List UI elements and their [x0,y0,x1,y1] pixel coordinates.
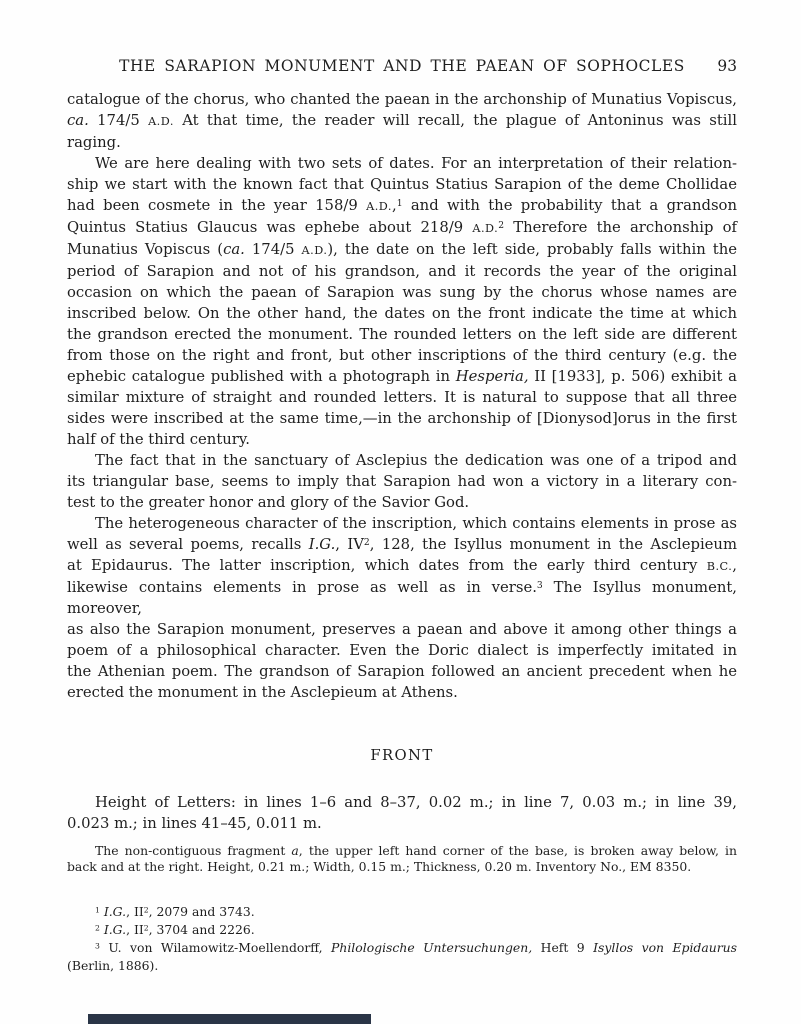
scanned-page: THE SARAPION MONUMENT AND THE PAEAN OF S… [0,0,801,1024]
paragraph-1: catalogue of the chorus, who chanted the… [67,89,737,153]
text-line: from those on the right and front, but o… [67,345,737,366]
text-line: 3 U. von Wilamowitz-Moellendorff, Philol… [67,939,737,957]
text-segment: at Epidaurus. The latter inscription, wh… [67,557,707,574]
text-segment: likewise contains elements in prose as w… [67,579,537,596]
text-segment: A.D. [472,222,498,235]
text-segment: raging. [67,134,121,151]
text-line: (Berlin, 1886). [67,957,737,975]
text-line: 2 I.G., II2, 3704 and 2226. [67,921,737,939]
text-segment: A.D. [366,200,392,213]
front-section-heading: FRONT [67,747,737,764]
text-segment: well as several poems, recalls [67,536,309,553]
text-segment: Philologische Untersuchungen, [331,940,532,955]
text-segment: Hesperia, [456,368,529,385]
text-line: The fact that in the sanctuary of Asclep… [67,450,737,471]
text-segment: The fact that in the sanctuary of Asclep… [95,452,737,469]
text-segment: test to the greater honor and glory of t… [67,494,469,511]
text-segment: erected the monument in the Asclepieum a… [67,684,458,701]
text-line: We are here dealing with two sets of dat… [67,153,737,174]
text-segment: The non-contiguous fragment [95,843,291,858]
page-content: THE SARAPION MONUMENT AND THE PAEAN OF S… [67,57,737,975]
text-segment: B.C. [707,560,733,573]
text-segment: ca. [223,241,245,258]
text-line: similar mixture of straight and rounded … [67,387,737,408]
text-segment: sides were inscribed at the same time,—i… [67,410,737,427]
text-segment: , 2079 and 3743. [149,904,255,919]
text-line: The heterogeneous character of the inscr… [67,513,737,534]
text-line: occasion on which the paean of Sarapion … [67,282,737,303]
text-segment: Heft 9 [532,940,593,955]
text-segment: Height of Letters: in lines 1–6 and 8–37… [95,794,737,811]
text-segment: A.D. [148,115,174,128]
text-line: Quintus Statius Glaucus was ephebe about… [67,217,737,239]
page-header: THE SARAPION MONUMENT AND THE PAEAN OF S… [67,57,737,78]
text-segment: ephebic catalogue published with a photo… [67,368,456,385]
text-segment: 174/5 [245,241,302,258]
text-segment: ship we start with the known fact that Q… [67,176,737,193]
article-body: catalogue of the chorus, who chanted the… [67,89,737,875]
text-segment: (Berlin, 1886). [67,958,158,973]
text-line: period of Sarapion and not of his grands… [67,261,737,282]
text-segment: the grandson erected the monument. The r… [67,326,737,343]
text-line: ca. 174/5 A.D. At that time, the reader … [67,110,737,132]
text-segment: I.G. [309,536,336,553]
text-segment: 174/5 [89,112,148,129]
text-line: inscribed below. On the other hand, the … [67,303,737,324]
text-segment: I.G. [104,904,126,919]
text-segment: period of Sarapion and not of his grands… [67,263,737,280]
text-segment: catalogue of the chorus, who chanted the… [67,91,737,108]
article-title: THE SARAPION MONUMENT AND THE PAEAN OF S… [67,57,737,75]
bottom-dark-bar [88,1014,371,1024]
text-segment: I.G. [104,922,126,937]
text-segment: At that time, the reader will recall, th… [174,112,737,129]
text-line: Height of Letters: in lines 1–6 and 8–37… [67,792,737,813]
text-segment: its triangular base, seems to imply that… [67,473,737,490]
text-line: catalogue of the chorus, who chanted the… [67,89,737,110]
text-line: likewise contains elements in prose as w… [67,577,737,619]
text-line: raging. [67,132,737,153]
text-segment: Therefore the archonship of [504,219,737,236]
text-line: as also the Sarapion monument, preserves… [67,619,737,640]
text-line: at Epidaurus. The latter inscription, wh… [67,555,737,577]
text-segment: , II [126,922,144,937]
text-segment: The heterogeneous character of the inscr… [95,515,737,532]
text-segment: a [291,843,298,858]
text-segment: We are here dealing with two sets of dat… [95,155,737,172]
text-line: Munatius Vopiscus (ca. 174/5 A.D.), the … [67,239,737,261]
text-segment: the Athenian poem. The grandson of Sarap… [67,663,737,680]
text-segment: U. von Wilamowitz-Moellendorff, [100,940,331,955]
fragment-description-paragraph: The non-contiguous fragment a, the upper… [67,843,737,875]
text-segment: similar mixture of straight and rounded … [67,389,737,406]
text-line: 1 I.G., II2, 2079 and 3743. [67,903,737,921]
footnote-3: 3 U. von Wilamowitz-Moellendorff, Philol… [67,939,737,975]
text-line: test to the greater honor and glory of t… [67,492,737,513]
text-segment: half of the third century. [67,431,250,448]
text-segment: and with the probability that a grandson [403,197,737,214]
text-segment: Munatius Vopiscus ( [67,241,223,258]
text-line: had been cosmete in the year 158/9 A.D.,… [67,195,737,217]
text-segment: inscribed below. On the other hand, the … [67,305,737,322]
text-segment: , II [126,904,144,919]
footnotes: 1 I.G., II2, 2079 and 3743.2 I.G., II2, … [67,903,737,975]
paragraph-4: The heterogeneous character of the inscr… [67,513,737,703]
text-line: the Athenian poem. The grandson of Sarap… [67,661,737,682]
text-segment: , [732,557,737,574]
text-line: half of the third century. [67,429,737,450]
text-segment: II [1933], p. 506) exhibit a [529,368,737,385]
footnote-2: 2 I.G., II2, 3704 and 2226. [67,921,737,939]
text-segment: ca. [67,112,89,129]
text-segment: had been cosmete in the year 158/9 [67,197,366,214]
text-segment: Isyllos von Epidaurus [593,940,737,955]
text-line: poem of a philosophical character. Even … [67,640,737,661]
text-line: the grandson erected the monument. The r… [67,324,737,345]
paragraph-2: We are here dealing with two sets of dat… [67,153,737,450]
footnote-1: 1 I.G., II2, 2079 and 3743. [67,903,737,921]
text-segment: poem of a philosophical character. Even … [67,642,737,659]
text-line: its triangular base, seems to imply that… [67,471,737,492]
text-segment: , the upper left hand corner of the base… [299,843,737,858]
text-line: well as several poems, recalls I.G., IV2… [67,534,737,555]
text-segment: A.D. [302,244,328,257]
text-line: ship we start with the known fact that Q… [67,174,737,195]
paragraph-3: The fact that in the sanctuary of Asclep… [67,450,737,513]
text-segment: from those on the right and front, but o… [67,347,737,364]
text-segment: , IV [335,536,364,553]
text-line: 0.023 m.; in lines 41–45, 0.011 m. [67,813,737,834]
letter-heights-paragraph: Height of Letters: in lines 1–6 and 8–37… [67,792,737,834]
text-segment: occasion on which the paean of Sarapion … [67,284,737,301]
text-segment: Quintus Statius Glaucus was ephebe about… [67,219,472,236]
text-segment: back and at the right. Height, 0.21 m.; … [67,859,691,874]
text-line: ephebic catalogue published with a photo… [67,366,737,387]
text-line: erected the monument in the Asclepieum a… [67,682,737,703]
text-line: The non-contiguous fragment a, the upper… [67,843,737,859]
text-line: sides were inscribed at the same time,—i… [67,408,737,429]
text-line: back and at the right. Height, 0.21 m.; … [67,859,737,875]
text-segment: 0.023 m.; in lines 41–45, 0.011 m. [67,815,322,832]
page-number: 93 [717,57,737,75]
text-segment: , 128, the Isyllus monument in the Ascle… [370,536,737,553]
text-segment: as also the Sarapion monument, preserves… [67,621,737,638]
text-segment: , 3704 and 2226. [149,922,255,937]
text-segment: ), the date on the left side, probably f… [327,241,737,258]
